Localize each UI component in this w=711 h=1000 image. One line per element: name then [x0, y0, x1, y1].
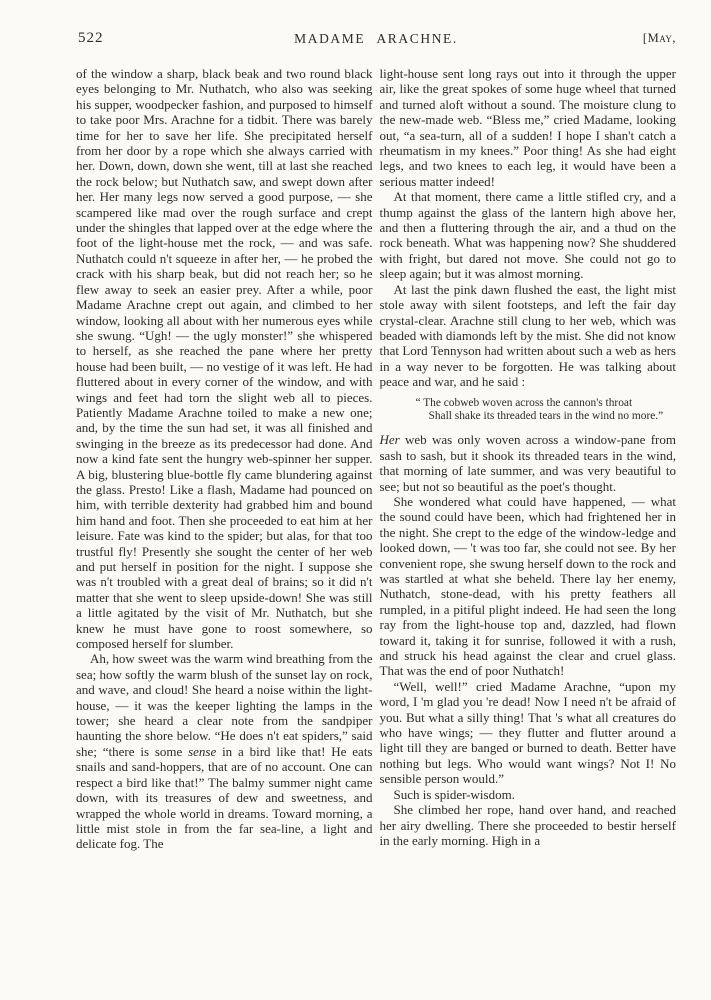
- italic-text: sense: [188, 744, 216, 759]
- body-text: of the window a sharp, black beak and tw…: [76, 66, 373, 651]
- issue-label: [May,: [643, 31, 676, 46]
- left-column: of the window a sharp, black beak and tw…: [76, 66, 373, 852]
- body-text: She wondered what could have happened, —…: [380, 494, 677, 678]
- running-header: 522 MADAME ARACHNE. [May,: [76, 30, 676, 50]
- right-column: light-house sent long rays out into it t…: [380, 66, 677, 852]
- paragraph: She climbed her rope, hand over hand, an…: [380, 802, 677, 848]
- body-text: web was only woven across a window-pane …: [380, 432, 677, 493]
- body-text: in a bird like that! He eats snails and …: [76, 744, 373, 851]
- verse-line: Shall shake its threaded tears in the wi…: [416, 410, 677, 424]
- italic-text: Her: [380, 432, 400, 447]
- page-content: 522 MADAME ARACHNE. [May, of the window …: [76, 30, 676, 852]
- paragraph: She wondered what could have happened, —…: [380, 494, 677, 679]
- body-text: At last the pink dawn flushed the east, …: [380, 282, 677, 389]
- body-text: She climbed her rope, hand over hand, an…: [380, 802, 677, 848]
- page-number: 522: [78, 30, 104, 47]
- paragraph: Such is spider-wisdom.: [380, 787, 677, 802]
- page-title: MADAME ARACHNE.: [294, 31, 458, 47]
- verse-quote: “ The cobweb woven across the cannon's t…: [416, 397, 677, 425]
- paragraph: of the window a sharp, black beak and tw…: [76, 66, 373, 651]
- paragraph: Her web was only woven across a window-p…: [380, 432, 677, 494]
- book-page: 522 MADAME ARACHNE. [May, of the window …: [0, 0, 711, 1000]
- body-text: Ah, how sweet was the warm wind breathin…: [76, 651, 373, 758]
- paragraph: At that moment, there came a little stif…: [380, 189, 677, 281]
- paragraph: “Well, well!” cried Madame Arachne, “upo…: [380, 679, 677, 787]
- text-columns: of the window a sharp, black beak and tw…: [76, 66, 676, 852]
- verse-line: “ The cobweb woven across the cannon's t…: [416, 397, 677, 411]
- body-text: “Well, well!” cried Madame Arachne, “upo…: [380, 679, 677, 786]
- body-text: At that moment, there came a little stif…: [380, 189, 677, 281]
- body-text: Such is spider-wisdom.: [394, 787, 515, 802]
- paragraph: Ah, how sweet was the warm wind breathin…: [76, 651, 373, 851]
- paragraph: At last the pink dawn flushed the east, …: [380, 282, 677, 390]
- body-text: light-house sent long rays out into it t…: [380, 66, 677, 189]
- paragraph: light-house sent long rays out into it t…: [380, 66, 677, 189]
